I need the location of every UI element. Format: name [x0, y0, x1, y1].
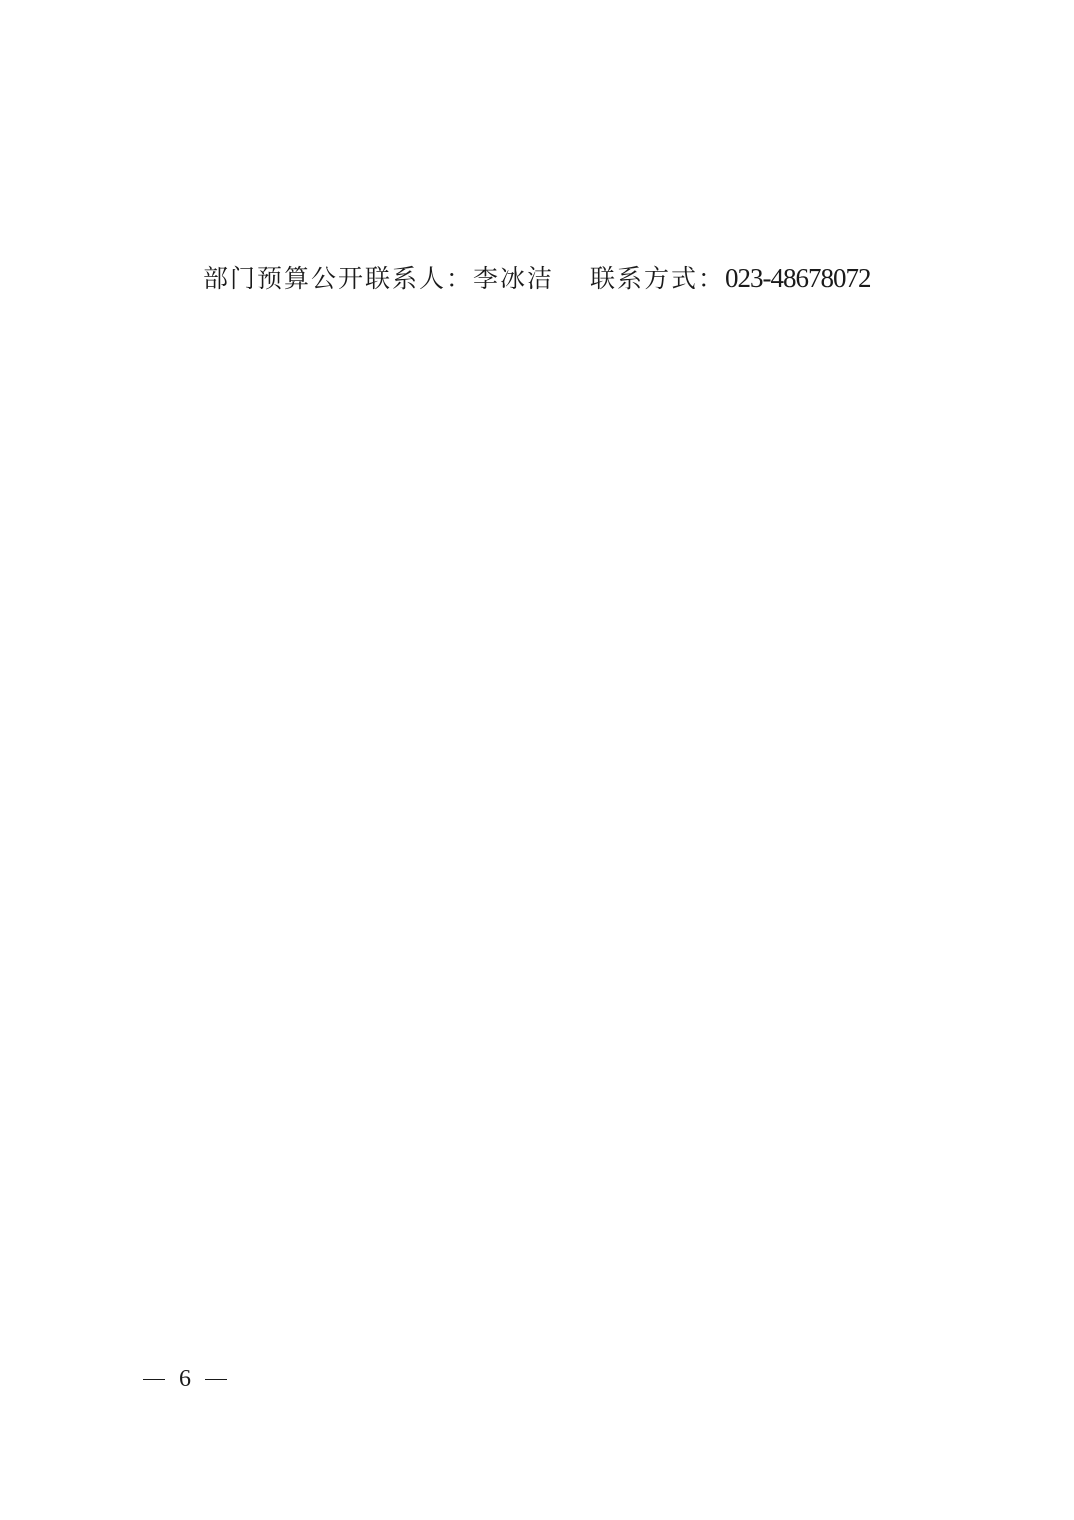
contact-person-label: 部门预算公开联系人： — [203, 259, 473, 299]
page-number-footer: 6 — [143, 1366, 227, 1393]
contact-person-name: 李冰洁 — [473, 259, 554, 299]
right-dash-decoration — [205, 1379, 227, 1380]
left-dash-decoration — [143, 1379, 165, 1380]
document-page: 部门预算公开联系人： 李冰洁 联系方式： 023-48678072 6 — [0, 0, 1074, 1520]
budget-contact-line: 部门预算公开联系人： 李冰洁 联系方式： 023-48678072 — [203, 258, 871, 299]
contact-phone-number: 023-48678072 — [725, 258, 871, 298]
page-number: 6 — [179, 1366, 191, 1393]
contact-method-label: 联系方式： — [590, 259, 725, 299]
